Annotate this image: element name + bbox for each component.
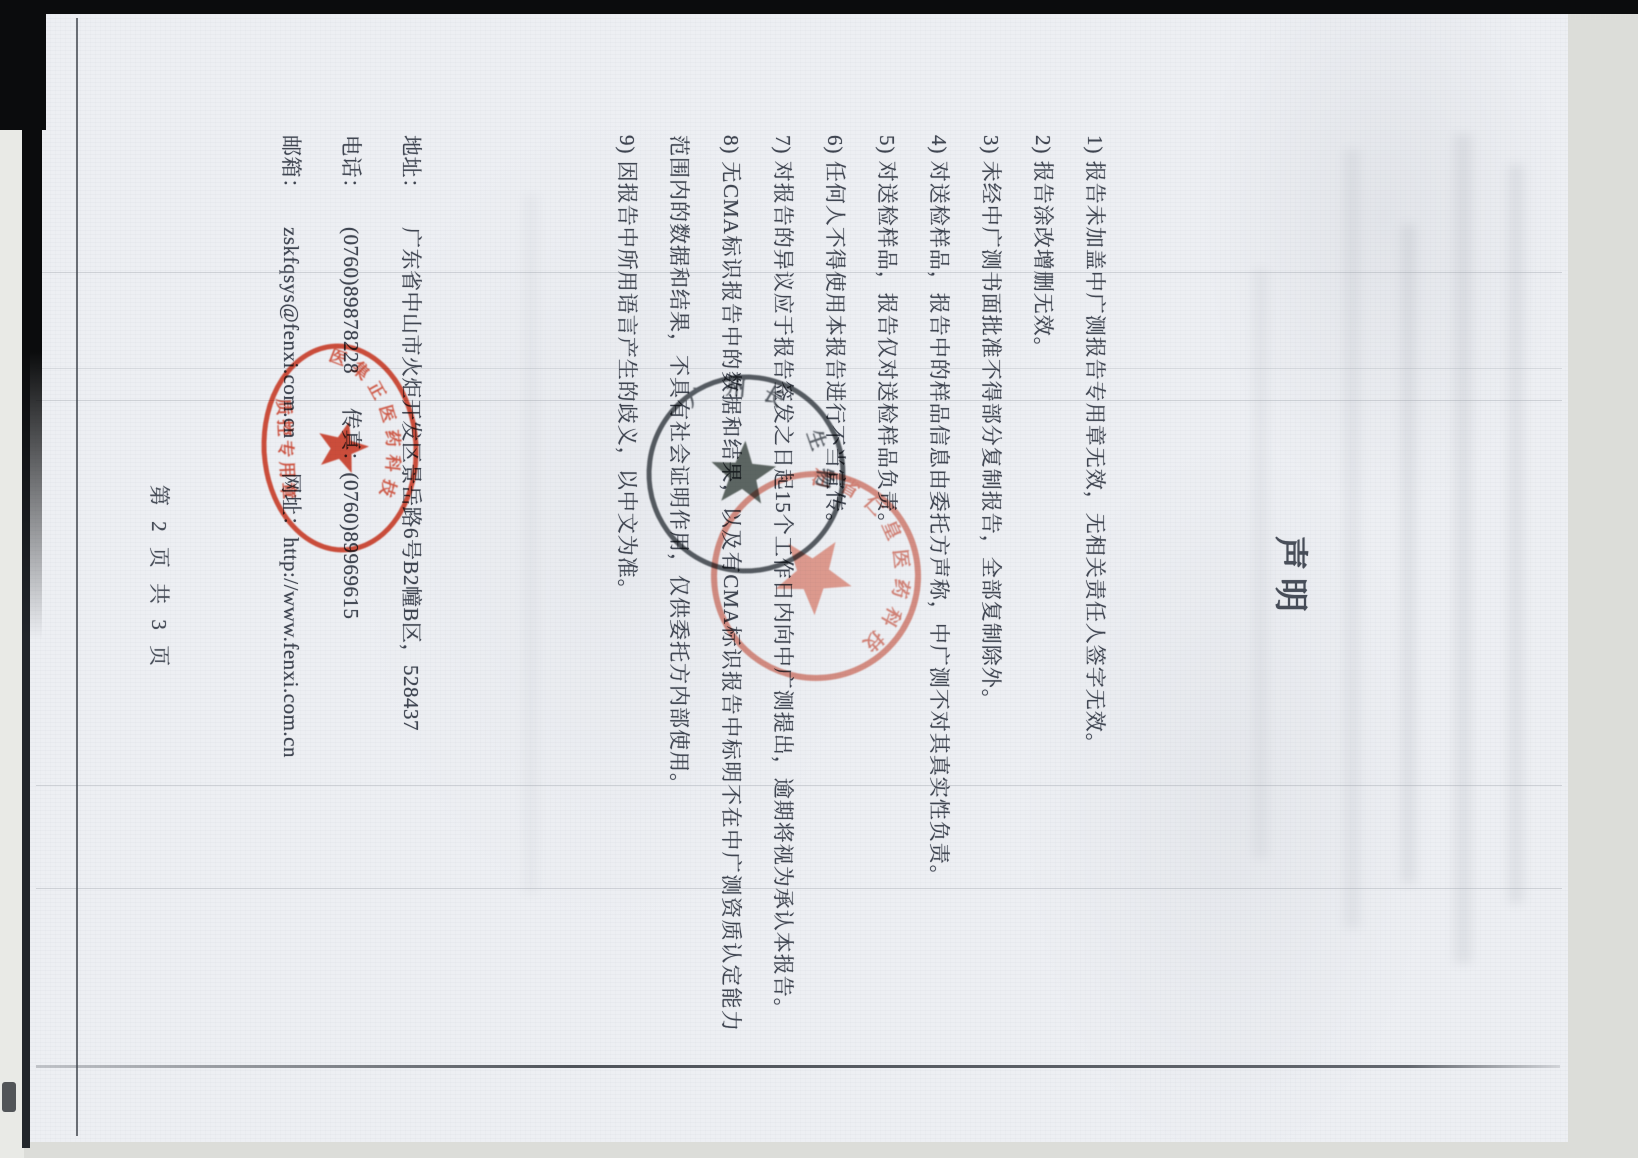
scanner-bed-left (0, 0, 24, 1158)
scanner-bed-bottom (0, 1142, 1638, 1158)
document-page: 声明 1) 报告未加盖中广测报告专用章无效，无相关责任人签字无效。 2) 报告涂… (30, 14, 1568, 1142)
bleedthrough-smudge (1253, 269, 1268, 859)
qc-stamp-label: 质控专用章 (273, 398, 298, 504)
pink-stamp-star-icon (772, 530, 863, 623)
qc-stamp-graphic: 医集正医药科技 质控专用章 (250, 333, 429, 563)
page-number-footer: 第 2 页 共 3 页 (145, 14, 175, 1142)
fold-line (36, 785, 1562, 786)
scan-edge-top-bar (0, 0, 1638, 14)
page-title: 声明 (1269, 14, 1318, 1142)
web-value: http://www.fenxi.com.cn (279, 537, 303, 758)
qc-stamp-arc-text: 医集正医药科技 (326, 342, 407, 509)
bleedthrough-smudge (1508, 164, 1524, 904)
bleedthrough-smudge (1344, 149, 1360, 929)
phone-label: 电话： (321, 135, 381, 227)
qc-stamp-star-icon (319, 421, 370, 475)
email-label: 邮箱： (261, 135, 321, 227)
fold-line (36, 888, 1562, 889)
scan-edge-corner (0, 0, 46, 130)
statement-item-3: 3) 未经中广测书面批准不得部分复制报告，全部复制除外。 (965, 135, 1017, 1032)
scanned-document: { "document": { "title": "声明", "items": … (0, 0, 1638, 1158)
page-bottom-rule (76, 18, 78, 1136)
svg-text:医集正医药科技: 医集正医药科技 (326, 342, 407, 509)
bleedthrough-smudge (524, 194, 538, 894)
qc-red-stamp: 医集正医药科技 质控专用章 (250, 333, 429, 563)
scan-crease-line (36, 1065, 1560, 1068)
statement-item-9: 9) 因报告中所用语言产生的歧义，以中文为准。 (601, 135, 653, 1032)
bleedthrough-smudge (1454, 134, 1472, 964)
fold-line (36, 272, 1562, 273)
scanner-bed-right (1568, 0, 1638, 1158)
address-label: 地址： (381, 135, 441, 227)
statement-item-1: 1) 报告未加盖中广测报告专用章无效，无相关责任人签字无效。 (1069, 135, 1121, 1032)
scan-edge-mark (2, 1082, 16, 1112)
statement-item-2: 2) 报告涂改增删无效。 (1017, 135, 1069, 1032)
